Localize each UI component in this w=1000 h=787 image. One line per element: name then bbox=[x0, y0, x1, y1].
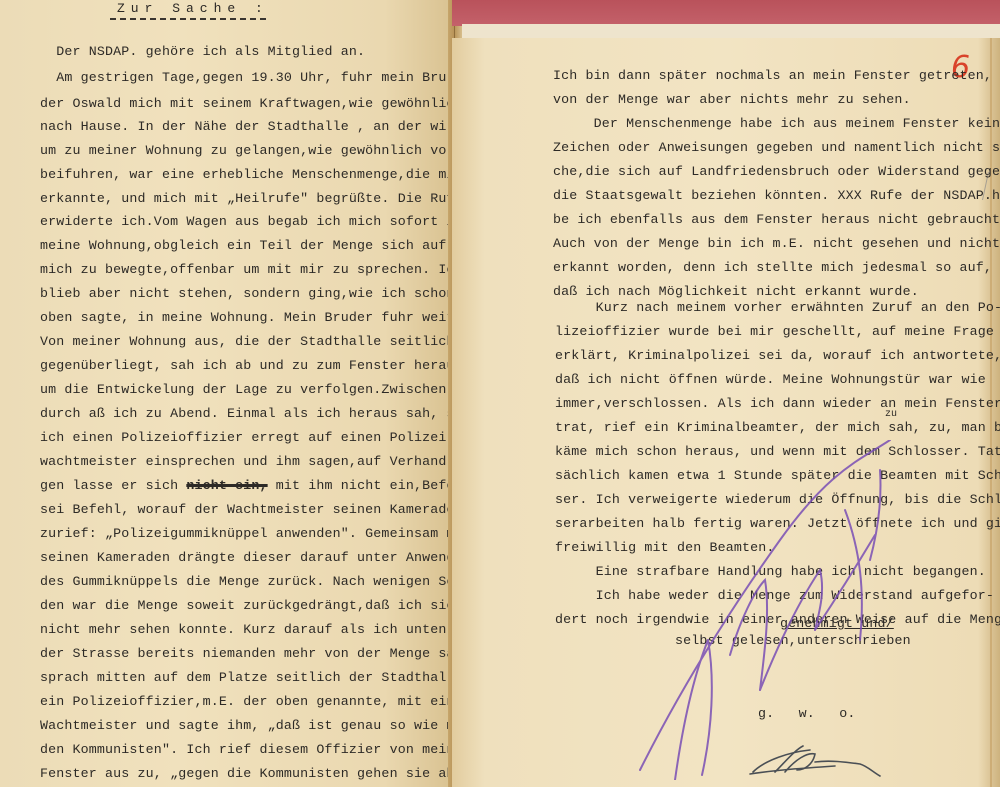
text-line: daß ich nach Möglichkeit nicht erkannt w… bbox=[553, 284, 919, 300]
text-line: des Gummiknüppels die Menge zurück. Nach… bbox=[40, 574, 487, 590]
text-line: Der NSDAP. gehöre ich als Mitglied an. bbox=[40, 44, 365, 60]
text-line: lizeioffizier wurde bei mir geschellt, a… bbox=[555, 324, 994, 340]
text-line: Ich habe weder die Menge zum Widerstand … bbox=[555, 588, 994, 604]
text-line: ser. Ich verweigerte wiederum die Öffnun… bbox=[555, 492, 1000, 508]
text-line-with-strikeout: gen lasse er sich nicht ein, mit ihm nic… bbox=[40, 478, 471, 494]
text-line: beifuhren, war eine erhebliche Menschenm… bbox=[40, 167, 471, 183]
text-line: erklärt, Kriminalpolizei sei da, worauf … bbox=[555, 348, 1000, 364]
text-line: Fenster aus zu, „gegen die Kommunisten g… bbox=[40, 766, 471, 782]
text-line: erkannte, und mich mit „Heilrufe" begrüß… bbox=[40, 191, 463, 207]
text-line: erwiderte ich.Vom Wagen aus begab ich mi… bbox=[40, 214, 463, 230]
text-line: um zu meiner Wohnung zu gelangen,wie gew… bbox=[40, 143, 463, 159]
text-line: che,die sich auf Landfriedensbruch oder … bbox=[553, 164, 1000, 180]
struck-out-text: nicht ein, bbox=[186, 478, 267, 493]
text-line: Am gestrigen Tage,gegen 19.30 Uhr, fuhr … bbox=[40, 70, 455, 86]
text-line: dert noch irgendwie in einer anderen Wei… bbox=[555, 612, 1000, 628]
text-line: den Kommunisten". Ich rief diesem Offizi… bbox=[40, 742, 471, 758]
text-line: mich zu bewegte,offenbar um mit mir zu s… bbox=[40, 262, 463, 278]
text-line: durch aß ich zu Abend. Einmal als ich he… bbox=[40, 406, 471, 422]
text-line: sächlich kamen etwa 1 Stunde später die … bbox=[555, 468, 1000, 484]
heading-underline bbox=[110, 18, 266, 23]
text-line: trat, rief ein Kriminalbeamter, der mich… bbox=[555, 420, 1000, 436]
text-line: ich einen Polizeioffizier erregt auf ein… bbox=[40, 430, 455, 446]
text-line: sprach mitten auf dem Platze seitlich de… bbox=[40, 670, 463, 686]
text-line: seinen Kameraden drängte dieser darauf u… bbox=[40, 550, 479, 566]
text-line: be ich ebenfalls aus dem Fenster heraus … bbox=[553, 212, 1000, 228]
text-line: Wachtmeister und sagte ihm, „daß ist gen… bbox=[40, 718, 471, 734]
text-line: von der Menge war aber nichts mehr zu se… bbox=[553, 92, 911, 108]
scanned-document-spread: Zur Sache : Der NSDAP. gehöre ich als Mi… bbox=[0, 0, 1000, 787]
text-line: ein Polizeioffizier,m.E. der oben genann… bbox=[40, 694, 471, 710]
red-folder-edge bbox=[452, 0, 1000, 26]
approval-line: selbst gelesen,unterschrieben bbox=[675, 633, 911, 649]
text-line: um die Entwickelung der Lage zu verfolge… bbox=[40, 382, 455, 398]
approval-line: genehmigt und/ bbox=[780, 616, 894, 632]
text-line: zurief: „Polizeigummiknüppel anwenden". … bbox=[40, 526, 471, 542]
text-fragment: mit ihm nicht ein,Befehl bbox=[268, 478, 471, 493]
closing-abbreviation: g. w. o. bbox=[758, 706, 856, 722]
text-fragment: gen lasse er sich bbox=[40, 478, 186, 493]
text-line: immer,verschlossen. Als ich dann wieder … bbox=[555, 396, 1000, 412]
text-line: den war die Menge soweit zurückgedrängt,… bbox=[40, 598, 455, 614]
text-line: serarbeiten halb fertig waren. Jetzt öff… bbox=[555, 516, 1000, 532]
text-line: sei Befehl, worauf der Wachtmeister sein… bbox=[40, 502, 463, 518]
text-line: Zeichen oder Anweisungen gegeben und nam… bbox=[553, 140, 1000, 156]
text-line: käme mich schon heraus, und wenn mit dem… bbox=[555, 444, 1000, 460]
text-line: der Strasse bereits niemanden mehr von d… bbox=[40, 646, 471, 662]
handwritten-insertion: zu bbox=[885, 409, 897, 420]
text-line: nach Hause. In der Nähe der Stadthalle ,… bbox=[40, 119, 463, 135]
text-line: Kurz nach meinem vorher erwähnten Zuruf … bbox=[555, 300, 1000, 316]
text-line: gegenüberliegt, sah ich ab und zu zum Fe… bbox=[40, 358, 471, 374]
text-line: nicht mehr sehen konnte. Kurz darauf als… bbox=[40, 622, 479, 638]
text-line: daß ich nicht öffnen würde. Meine Wohnun… bbox=[555, 372, 986, 388]
text-line: der Oswald mich mit seinem Kraftwagen,wi… bbox=[40, 96, 471, 112]
text-line: Auch von der Menge bin ich m.E. nicht ge… bbox=[553, 236, 1000, 252]
text-line: freiwillig mit den Beamten. bbox=[555, 540, 775, 556]
left-page: Zur Sache : Der NSDAP. gehöre ich als Mi… bbox=[0, 0, 452, 787]
text-line: Eine strafbare Handlung habe ich nicht b… bbox=[555, 564, 986, 580]
text-line: erkannt worden, denn ich stellte mich je… bbox=[553, 260, 992, 276]
text-line: blieb aber nicht stehen, sondern ging,wi… bbox=[40, 286, 455, 302]
text-line: meine Wohnung,obgleich ein Teil der Meng… bbox=[40, 238, 446, 254]
text-line: wachtmeister einsprechen und ihm sagen,a… bbox=[40, 454, 479, 470]
text-line: Ich bin dann später nochmals an mein Fen… bbox=[553, 68, 992, 84]
section-heading: Zur Sache : bbox=[117, 1, 269, 16]
text-line: die Staatsgewalt beziehen könnten. XXX R… bbox=[553, 188, 1000, 204]
text-line: oben sagte, in meine Wohnung. Mein Brude… bbox=[40, 310, 479, 326]
text-line: Von meiner Wohnung aus, die der Stadthal… bbox=[40, 334, 455, 350]
text-line: Der Menschenmenge habe ich aus meinem Fe… bbox=[553, 116, 1000, 132]
